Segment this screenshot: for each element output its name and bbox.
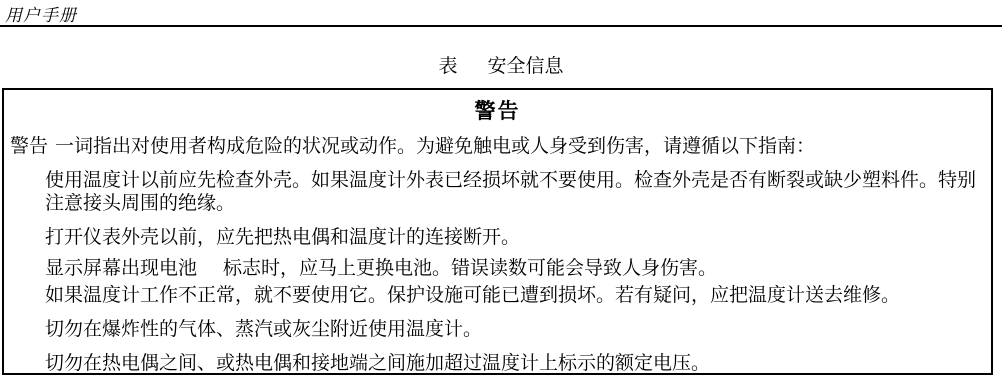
warning-lead: 警告一词指出对使用者构成危险的状况或动作。为避免触电或人身受到伤害，请遵循以下指… bbox=[10, 135, 985, 158]
warning-item-list: 使用温度计以前应先检查外壳。如果温度计外表已经损坏就不要使用。检查外壳是否有断裂… bbox=[4, 169, 991, 375]
warning-item: 切勿在爆炸性的气体、蒸汽或灰尘附近使用温度计。 bbox=[45, 318, 987, 341]
warning-item: 如果温度计工作不正常，就不要使用它。保护设施可能已遭到损坏。若有疑问，应把温度计… bbox=[45, 284, 987, 307]
warning-box: 警告 警告一词指出对使用者构成危险的状况或动作。为避免触电或人身受到伤害，请遵循… bbox=[2, 88, 993, 375]
warning-item: 切勿在热电偶之间、或热电偶和接地端之间施加超过温度计上标示的额定电压。 bbox=[45, 352, 987, 375]
warning-item: 使用温度计以前应先检查外壳。如果温度计外表已经损坏就不要使用。检查外壳是否有断裂… bbox=[45, 169, 987, 215]
warning-item: 显示屏幕出现电池标志时，应马上更换电池。错误读数可能会导致人身伤害。 bbox=[45, 257, 987, 280]
battery-icon-placeholder bbox=[197, 273, 223, 274]
warning-lead-keyword: 警告 bbox=[10, 136, 48, 157]
table-caption: 表安全信息 bbox=[0, 51, 1002, 78]
warning-item: 打开仪表外壳以前，应先把热电偶和温度计的连接断开。 bbox=[45, 226, 987, 249]
header-divider bbox=[0, 25, 1002, 27]
warning-item-text-pre: 显示屏幕出现电池 bbox=[45, 258, 197, 279]
table-caption-label: 表 bbox=[438, 56, 457, 77]
table-caption-title: 安全信息 bbox=[488, 56, 564, 77]
warning-lead-text: 一词指出对使用者构成危险的状况或动作。为避免触电或人身受到伤害，请遵循以下指南： bbox=[55, 136, 815, 157]
page-header-title: 用户手册 bbox=[5, 1, 77, 26]
warning-box-title: 警告 bbox=[4, 95, 991, 125]
warning-item-text-post: 标志时，应马上更换电池。错误读数可能会导致人身伤害。 bbox=[223, 258, 717, 279]
manual-page: 用户手册 表安全信息 警告 警告一词指出对使用者构成危险的状况或动作。为避免触电… bbox=[0, 0, 1002, 377]
